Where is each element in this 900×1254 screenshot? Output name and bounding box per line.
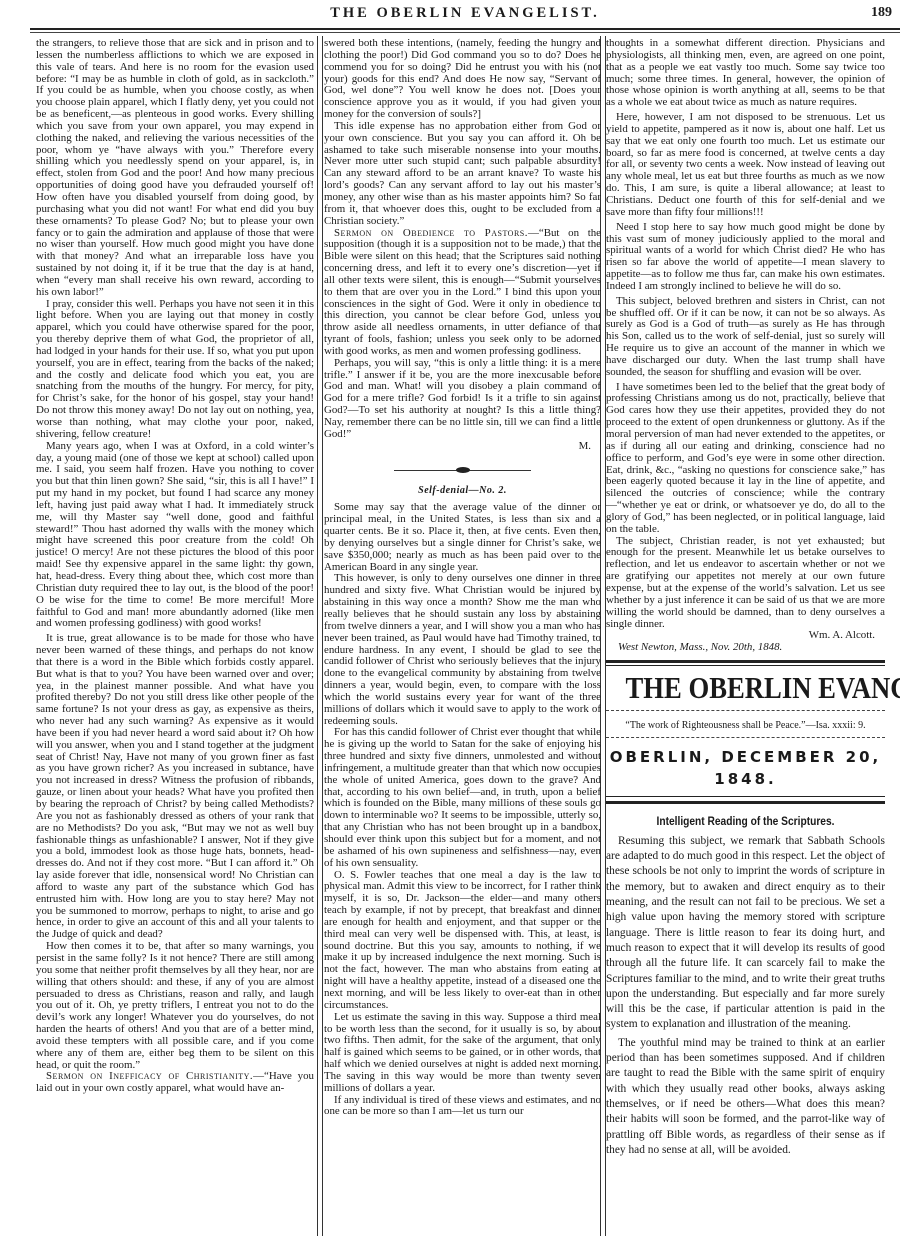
paragraph: If any individual is tired of these view… [324, 1095, 601, 1119]
paragraph: Resuming this subject, we remark that Sa… [606, 834, 885, 1033]
masthead-wavy-rule [606, 737, 885, 742]
article-title: Self-denial—No. 2. [324, 485, 601, 497]
paragraph: This however, is only to deny ourselves … [324, 573, 601, 727]
sermon-heading: Sermon on Inefficacy of Christianity. [46, 1070, 253, 1082]
paragraph: Sermon on Inefficacy of Christianity.—“H… [36, 1071, 314, 1095]
paragraph: thoughts in a somewhat different directi… [606, 38, 885, 109]
paragraph: This subject, beloved brethren and siste… [606, 296, 885, 379]
paragraph: The subject, Christian reader, is not ye… [606, 536, 885, 631]
divider-ornament-icon [456, 467, 470, 473]
column-1: the strangers, to relieve those that are… [36, 38, 314, 1095]
article-body: Resuming this subject, we remark that Sa… [606, 834, 885, 1158]
paragraph: Here, however, I am not disposed to be s… [606, 112, 885, 219]
section-divider [324, 467, 601, 475]
masthead-title: THE OBERLIN EVANGELIST. [626, 670, 866, 706]
header-rule-thin [30, 32, 900, 33]
masthead: THE OBERLIN EVANGELIST. “The work of Rig… [606, 660, 885, 804]
masthead-motto: “The work of Righteousness shall be Peac… [606, 719, 885, 733]
paragraph: I pray, consider this well. Perhaps you … [36, 299, 314, 441]
paragraph: Sermon on Obedience to Pastors.—“But on … [324, 228, 601, 358]
newspaper-page: THE OBERLIN EVANGELIST. 189 the stranger… [0, 0, 900, 1254]
dateline: West Newton, Mass., Nov. 20th, 1848. [606, 642, 885, 654]
page-number: 189 [871, 5, 892, 21]
paragraph: O. S. Fowler teaches that one meal a day… [324, 870, 601, 1012]
paragraph: Need I stop here to say how much good mi… [606, 222, 885, 293]
article-title: Intelligent Reading of the Scriptures. [627, 816, 864, 828]
masthead-rule-thin [606, 796, 885, 797]
header-rule [30, 28, 900, 30]
column-3: thoughts in a somewhat different directi… [606, 38, 885, 1158]
paragraph: For has this candid follower of Christ e… [324, 727, 601, 869]
masthead-rule-thin [606, 665, 885, 666]
masthead-date: OBERLIN, DECEMBER 20, 1848. [606, 746, 885, 790]
masthead-rule [606, 660, 885, 663]
paragraph: swered both these intentions, (namely, f… [324, 38, 601, 121]
sermon-heading: Sermon on Obedience to Pastors. [334, 227, 528, 239]
sermon-text: —“But on the supposition (though it is a… [324, 227, 601, 357]
running-head-title: THE OBERLIN EVANGELIST. [30, 5, 900, 22]
signature: M. [324, 441, 601, 453]
paragraph: How then comes it to be, that after so m… [36, 941, 314, 1071]
column-2: swered both these intentions, (namely, f… [324, 38, 601, 1118]
column-divider [317, 36, 323, 1236]
paragraph: Some may say that the average value of t… [324, 502, 601, 573]
paragraph: Perhaps, you will say, “this is only a l… [324, 358, 601, 441]
masthead-rule [606, 801, 885, 804]
paragraph: The youthful mind may be trained to thin… [606, 1036, 885, 1158]
paragraph: I have sometimes been led to the belief … [606, 382, 885, 536]
masthead-wavy-rule [606, 710, 885, 715]
paragraph: Many years ago, when I was at Oxford, in… [36, 441, 314, 631]
paragraph: This idle expense has no approbation eit… [324, 121, 601, 228]
paragraph: Let us estimate the saving in this way. … [324, 1012, 601, 1095]
paragraph: It is true, great allowance is to be mad… [36, 633, 314, 941]
running-head: THE OBERLIN EVANGELIST. 189 [30, 0, 900, 24]
paragraph: the strangers, to relieve those that are… [36, 38, 314, 299]
